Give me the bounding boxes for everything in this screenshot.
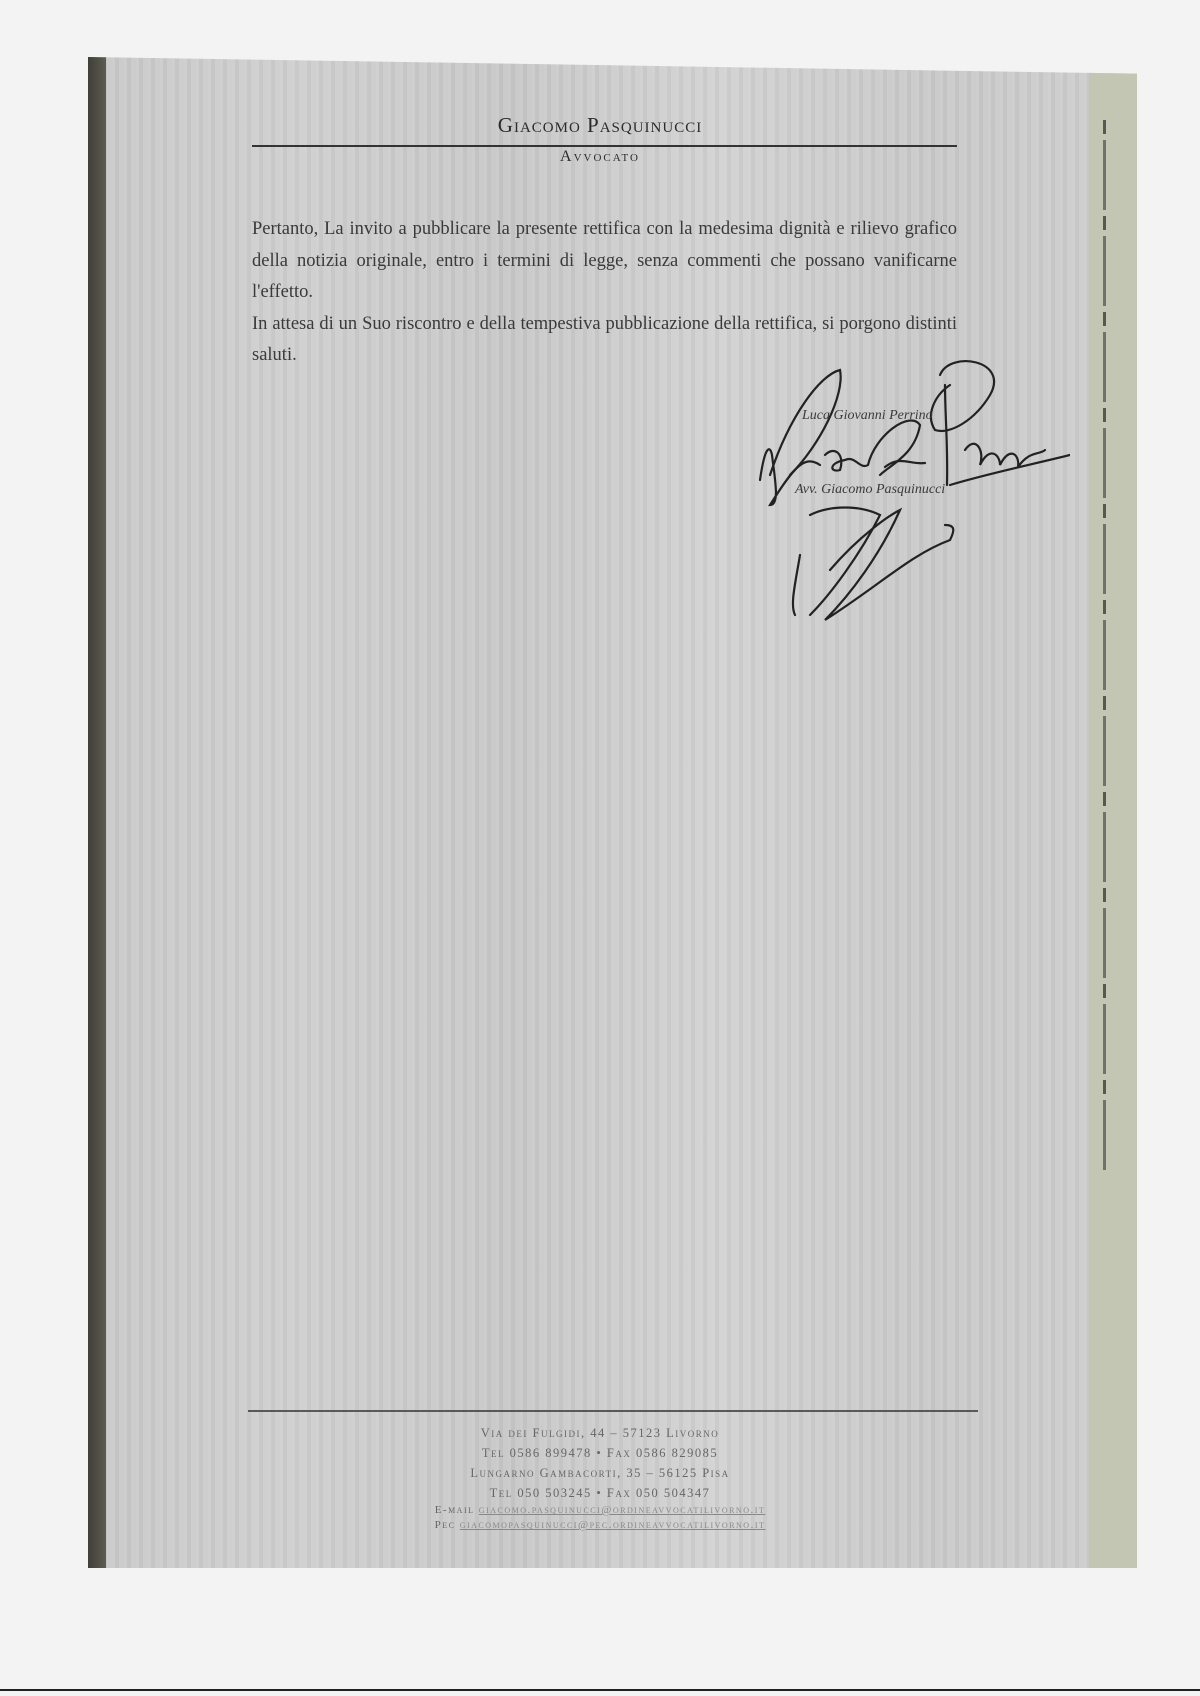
footer-line: Tel 0586 899478 • Fax 0586 829085 xyxy=(0,1443,1200,1463)
footer-rule xyxy=(248,1410,978,1412)
email-label: E-mail xyxy=(435,1504,475,1516)
scanner-left-edge xyxy=(88,57,106,1568)
footer-line: Tel 050 503245 • Fax 050 504347 xyxy=(0,1483,1200,1503)
page-bottom-line xyxy=(0,1689,1200,1691)
signature-block: Luca Giovanni Perrino Avv. Giacomo Pasqu… xyxy=(750,355,1070,630)
footer-pec-line: Pec giacomopasquinucci@pec.ordineavvocat… xyxy=(0,1518,1200,1533)
pec-label: Pec xyxy=(435,1519,456,1531)
footer-line: Lungarno Gambacorti, 35 – 56125 Pisa xyxy=(0,1463,1200,1483)
margin-mark xyxy=(1103,120,1106,1170)
footer-email-line: E-mail giacomo.pasquinucci@ordineavvocat… xyxy=(0,1503,1200,1518)
body-paragraph: Pertanto, La invito a pubblicare la pres… xyxy=(252,214,957,309)
footer-line: Via dei Fulgidi, 44 – 57123 Livorno xyxy=(0,1423,1200,1443)
letter-body: Pertanto, La invito a pubblicare la pres… xyxy=(252,214,957,372)
letterhead-rule xyxy=(252,145,957,147)
email-link[interactable]: giacomo.pasquinucci@ordineavvocatilivorn… xyxy=(479,1504,766,1516)
pec-link[interactable]: giacomopasquinucci@pec.ordineavvocatiliv… xyxy=(460,1519,766,1531)
signer-name-1: Luca Giovanni Perrino xyxy=(802,408,933,424)
letterhead-footer: Via dei Fulgidi, 44 – 57123 Livorno Tel … xyxy=(0,1423,1200,1533)
scanner-right-strip xyxy=(1089,57,1137,1568)
letterhead-title: Avvocato xyxy=(0,148,1200,166)
signer-name-2: Avv. Giacomo Pasquinucci xyxy=(795,482,945,498)
letterhead-name: Giacomo Pasquinucci xyxy=(0,113,1200,138)
